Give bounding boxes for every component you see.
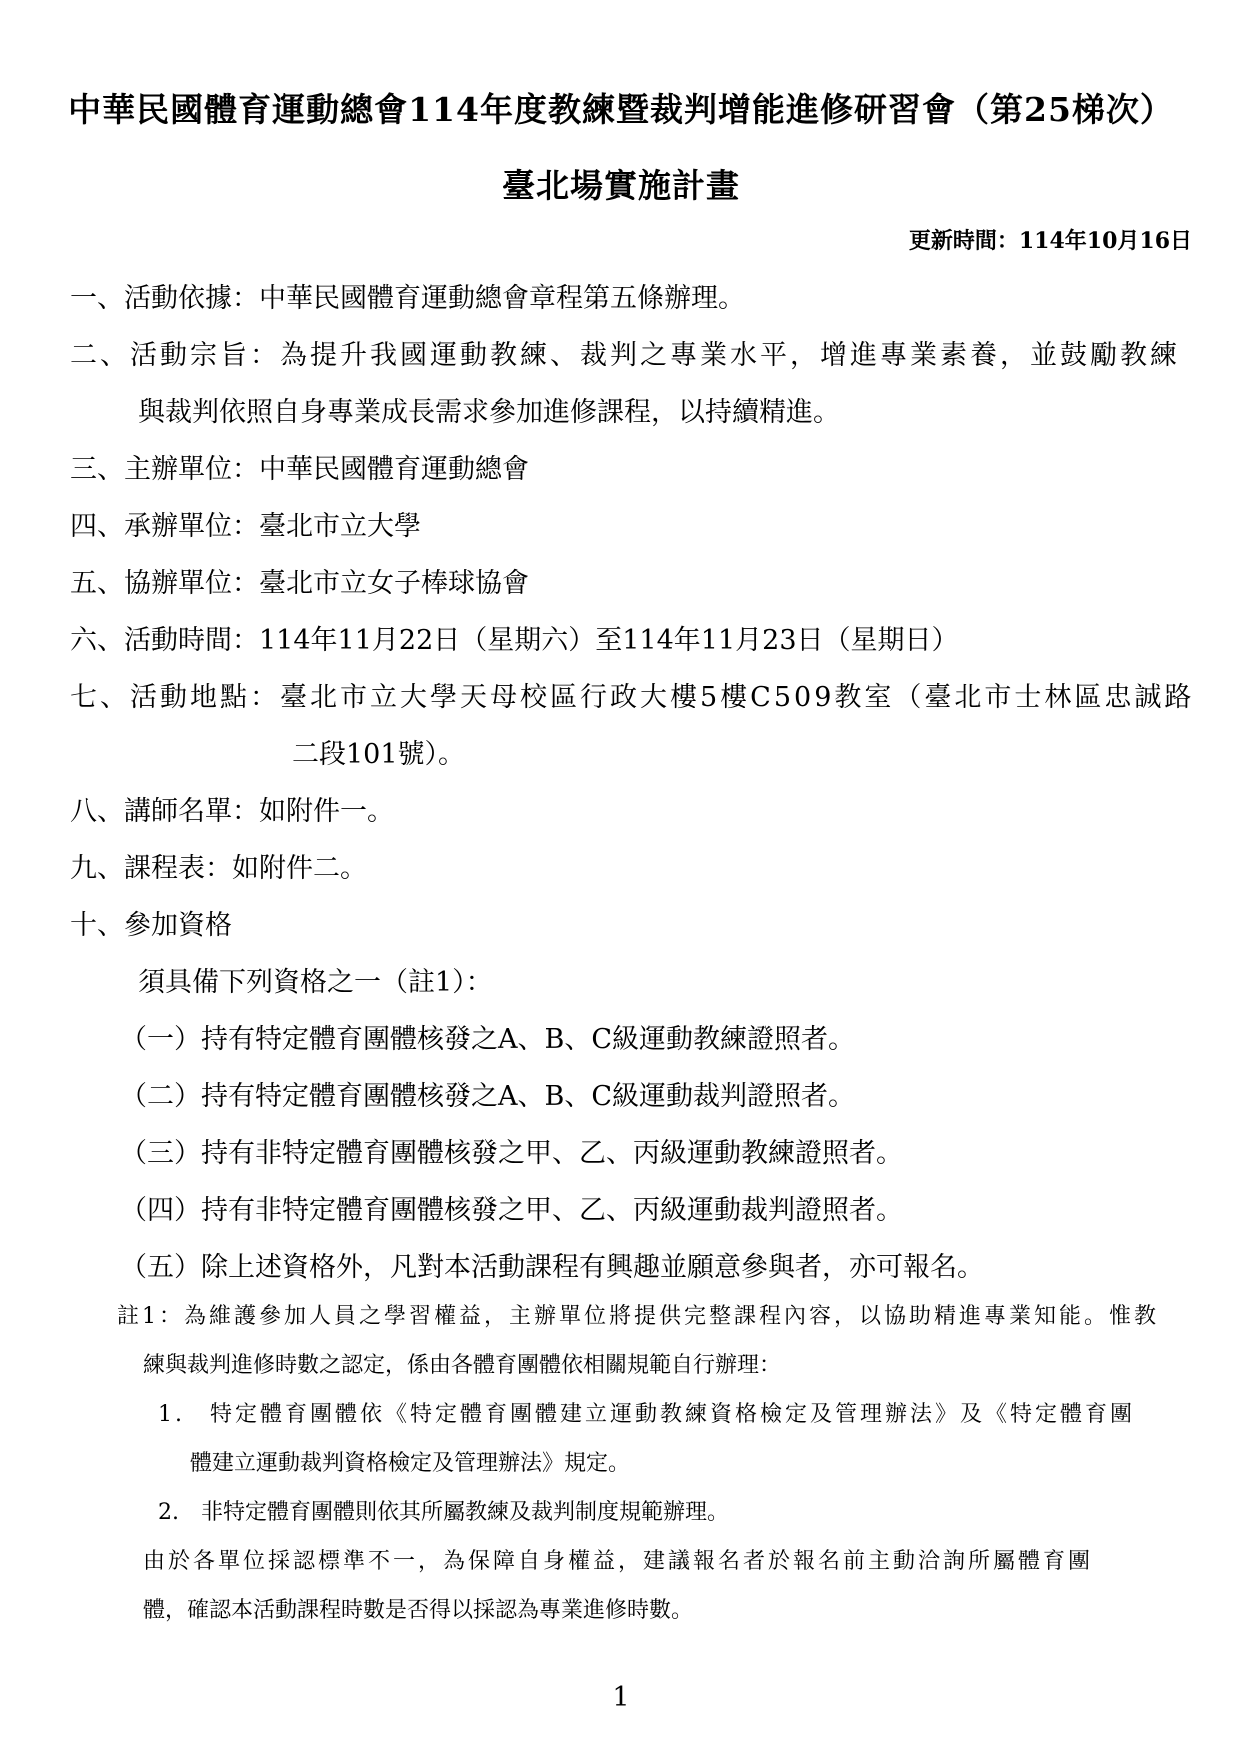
document-page: 中華民國體育運動總會114年度教練暨裁判增能進修研習會（第25梯次） 臺北場實施…	[0, 0, 1242, 1756]
body-line: 七、活動地點：臺北市立大學天母校區行政大樓5樓C509教室（臺北市士林區忠誠路	[70, 669, 1232, 726]
body-line: 八、講師名單：如附件一。	[70, 783, 1232, 840]
body-line: 一、活動依據：中華民國體育運動總會章程第五條辦理。	[70, 270, 1232, 327]
body-line: （一）持有特定體育團體核發之A、B、C級運動教練證照者。	[70, 1011, 1232, 1068]
body-text: 一、活動依據：中華民國體育運動總會章程第五條辦理。二、活動宗旨：為提升我國運動教…	[0, 270, 1242, 1296]
footnote-line: 2. 非特定體育團體則依其所屬教練及裁判制度規範辦理。	[70, 1488, 1232, 1537]
footnote-line: 體，確認本活動課程時數是否得以採認為專業進修時數。	[70, 1586, 1232, 1635]
body-line: （四）持有非特定體育團體核發之甲、乙、丙級運動裁判證照者。	[70, 1182, 1232, 1239]
body-line: 與裁判依照自身專業成長需求參加進修課程，以持續精進。	[70, 384, 1232, 441]
body-line: 九、課程表：如附件二。	[70, 840, 1232, 897]
body-line: 三、主辦單位：中華民國體育運動總會	[70, 441, 1232, 498]
body-line: 五、協辦單位：臺北市立女子棒球協會	[70, 555, 1232, 612]
body-line: （三）持有非特定體育團體核發之甲、乙、丙級運動教練證照者。	[70, 1125, 1232, 1182]
body-line: 二、活動宗旨：為提升我國運動教練、裁判之專業水平，增進專業素養，並鼓勵教練	[70, 327, 1232, 384]
body-line: 二段101號）。	[70, 726, 1232, 783]
body-line: 須具備下列資格之一（註1）：	[70, 954, 1232, 1011]
footnote-line: 體建立運動裁判資格檢定及管理辦法》規定。	[70, 1439, 1232, 1488]
body-line: 六、活動時間：114年11月22日（星期六）至114年11月23日（星期日）	[70, 612, 1232, 669]
doc-subtitle: 臺北場實施計畫	[0, 164, 1242, 208]
footnote-text: 註1：為維護參加人員之學習權益，主辦單位將提供完整課程內容，以協助精進專業知能。…	[0, 1292, 1242, 1635]
body-line: （五）除上述資格外，凡對本活動課程有興趣並願意參與者，亦可報名。	[70, 1239, 1232, 1296]
footnote-line: 練與裁判進修時數之認定，係由各體育團體依相關規範自行辦理：	[70, 1341, 1232, 1390]
footnote-line: 由於各單位採認標準不一，為保障自身權益，建議報名者於報名前主動洽詢所屬體育團	[70, 1537, 1232, 1586]
body-line: （二）持有特定體育團體核發之A、B、C級運動裁判證照者。	[70, 1068, 1232, 1125]
body-line: 十、參加資格	[70, 897, 1232, 954]
updated-timestamp: 更新時間：114年10月16日	[0, 226, 1242, 256]
footnote-line: 1. 特定體育團體依《特定體育團體建立運動教練資格檢定及管理辦法》及《特定體育團	[70, 1390, 1232, 1439]
body-line: 四、承辦單位：臺北市立大學	[70, 498, 1232, 555]
page-number: 1	[0, 1680, 1242, 1716]
footnote-line: 註1：為維護參加人員之學習權益，主辦單位將提供完整課程內容，以協助精進專業知能。…	[70, 1292, 1232, 1341]
doc-title: 中華民國體育運動總會114年度教練暨裁判增能進修研習會（第25梯次）	[0, 0, 1242, 132]
